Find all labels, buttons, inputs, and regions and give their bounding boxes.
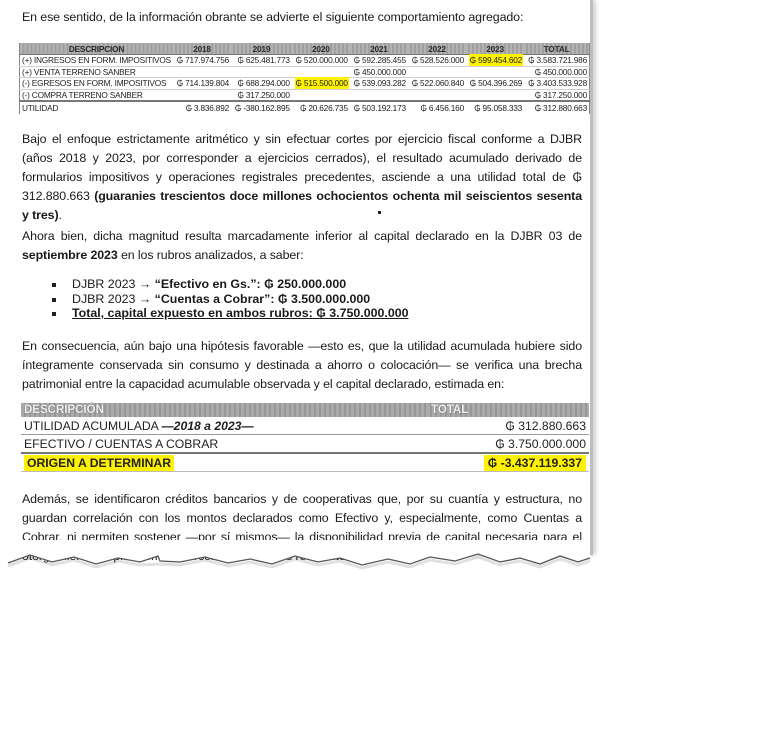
- cell: [466, 89, 524, 101]
- cell-highlighted: ₲ 515.500.000: [292, 78, 350, 90]
- row-label: EFECTIVO / CUENTAS A COBRAR: [21, 435, 427, 454]
- cell-value: ₲ -3.437.119.337: [427, 453, 589, 472]
- bullet-prefix: DJBR 2023 →: [72, 292, 155, 306]
- list-item: Total, capital expuesto en ambos rubros:…: [52, 306, 409, 321]
- bullet-prefix: DJBR 2023 →: [72, 277, 155, 291]
- row-label: ORIGEN A DETERMINAR: [21, 453, 427, 472]
- cell: ₲ 625.481.773: [231, 55, 292, 67]
- list-item: DJBR 2023 → “Efectivo en Gs.”: ₲ 250.000…: [52, 277, 409, 292]
- cell-total: ₲ 312.880.663: [524, 101, 589, 114]
- table-row: (-) COMPRA TERRENO SANBER ₲ 317.250.000 …: [20, 89, 590, 101]
- header-cell: DESCRIPCIÓN: [21, 403, 427, 417]
- torn-paper-edge: [0, 540, 600, 580]
- cell: ₲ 450.000.000: [350, 66, 408, 78]
- cell: [350, 89, 408, 101]
- table-row: EFECTIVO / CUENTAS A COBRAR ₲ 3.750.000.…: [21, 435, 589, 454]
- header-cell: 2020: [292, 43, 350, 55]
- capital-bullet-list: DJBR 2023 → “Efectivo en Gs.”: ₲ 250.000…: [52, 277, 409, 321]
- cell-value: ₲ 3.750.000.000: [427, 435, 589, 454]
- paragraph-utilidad: Bajo el enfoque estrictamente aritmético…: [22, 130, 582, 225]
- cell: ₲ 539.093.282: [350, 78, 408, 90]
- cell-total: ₲ 317.250.000: [524, 89, 589, 101]
- row-label: (+) INGRESOS EN FORM. IMPOSITIVOS: [20, 55, 173, 67]
- table-total-row: UTILIDAD ₲ 3.836.892 ₲ -380.162.895 ₲ 20…: [20, 101, 590, 114]
- paragraph-bold-text: septiembre 2023: [22, 248, 118, 262]
- highlighted-value: ₲ 599.454.602: [470, 55, 522, 65]
- highlighted-label: ORIGEN A DETERMINAR: [24, 455, 174, 471]
- cell: ₲ 688.294.000: [231, 78, 292, 90]
- header-cell: 2019: [231, 43, 292, 55]
- table-row: UTILIDAD ACUMULADA —2018 a 2023— ₲ 312.8…: [21, 417, 589, 435]
- row-label: (-) EGRESOS EN FORM. IMPOSITIVOS: [20, 78, 173, 90]
- paragraph-brecha: En consecuencia, aún bajo una hipótesis …: [22, 337, 582, 394]
- header-cell: TOTAL: [427, 403, 589, 417]
- cell-total: ₲ 3.403.533.928: [524, 78, 589, 90]
- highlighted-value: ₲ 515.500.000: [296, 78, 348, 88]
- cell: [292, 89, 350, 101]
- row-label: UTILIDAD: [20, 101, 173, 114]
- header-cell: 2022: [408, 43, 466, 55]
- cell-total: ₲ 3.583.721.986: [524, 55, 589, 67]
- cell: ₲ -380.162.895: [231, 101, 292, 114]
- cell-highlighted: ₲ 599.454.602: [466, 55, 524, 67]
- income-summary-table: DESCRIPCION 2018 2019 2020 2021 2022 202…: [19, 43, 590, 114]
- header-cell: 2023: [466, 43, 524, 55]
- paragraph-bold-text: (guaranies trescientos doce millones och…: [22, 189, 582, 222]
- table-row: (+) VENTA TERRENO SANBER ₲ 450.000.000 ₲…: [20, 66, 590, 78]
- cell: ₲ 317.250.000: [231, 89, 292, 101]
- cell: ₲ 520.000.000: [292, 55, 350, 67]
- table-header-row: DESCRIPCIÓN TOTAL: [21, 403, 589, 417]
- paragraph-capital: Ahora bien, dicha magnitud resulta marca…: [22, 227, 582, 265]
- cell: [408, 89, 466, 101]
- scan-speck: [378, 211, 381, 214]
- paragraph-text: en los rubros analizados, a saber:: [118, 248, 304, 262]
- cell: ₲ 95.058.333: [466, 101, 524, 114]
- cell: [173, 89, 231, 101]
- cell: ₲ 714.139.804: [173, 78, 231, 90]
- table-row: (+) INGRESOS EN FORM. IMPOSITIVOS ₲ 717.…: [20, 55, 590, 67]
- row-label: (-) COMPRA TERRENO SANBER: [20, 89, 173, 101]
- header-cell: TOTAL: [524, 43, 589, 55]
- cell: ₲ 6.456.160: [408, 101, 466, 114]
- bullet-value: “Efectivo en Gs.”: ₲ 250.000.000: [155, 277, 346, 291]
- cell: ₲ 503.192.173: [350, 101, 408, 114]
- cell: ₲ 522.060.840: [408, 78, 466, 90]
- row-label: UTILIDAD ACUMULADA —2018 a 2023—: [21, 417, 427, 435]
- cell-value: ₲ 312.880.663: [427, 417, 589, 435]
- cell-total: ₲ 450.000.000: [524, 66, 589, 78]
- cell: [173, 66, 231, 78]
- cell: [408, 66, 466, 78]
- header-cell: 2021: [350, 43, 408, 55]
- bullet-value: “Cuentas a Cobrar”: ₲ 3.500.000.000: [155, 292, 371, 306]
- label-emphasis: —2018 a 2023—: [161, 419, 253, 433]
- cell: ₲ 528.526.000: [408, 55, 466, 67]
- cell: [292, 66, 350, 78]
- cell: [231, 66, 292, 78]
- header-cell: 2018: [173, 43, 231, 55]
- cell: ₲ 717.974.756: [173, 55, 231, 67]
- table-row: (-) EGRESOS EN FORM. IMPOSITIVOS ₲ 714.1…: [20, 78, 590, 90]
- list-item: DJBR 2023 → “Cuentas a Cobrar”: ₲ 3.500.…: [52, 292, 409, 307]
- document-page: En ese sentido, de la información obrant…: [8, 0, 593, 555]
- paragraph-text: .: [59, 208, 62, 222]
- cell: ₲ 20.626.735: [292, 101, 350, 114]
- gap-summary-table: DESCRIPCIÓN TOTAL UTILIDAD ACUMULADA —20…: [21, 403, 589, 472]
- cell: ₲ 592.285.455: [350, 55, 408, 67]
- paragraph-text: Ahora bien, dicha magnitud resulta marca…: [22, 229, 582, 243]
- table-header-row: DESCRIPCION 2018 2019 2020 2021 2022 202…: [20, 43, 590, 55]
- table-row-result: ORIGEN A DETERMINAR ₲ -3.437.119.337: [21, 453, 589, 472]
- cell: ₲ 3.836.892: [173, 101, 231, 114]
- intro-paragraph: En ese sentido, de la información obrant…: [22, 8, 582, 27]
- bullet-value: Total, capital expuesto en ambos rubros:…: [72, 306, 409, 320]
- row-label: (+) VENTA TERRENO SANBER: [20, 66, 173, 78]
- cell: ₲ 504.396.269: [466, 78, 524, 90]
- highlighted-value: ₲ -3.437.119.337: [484, 455, 586, 471]
- label-text: UTILIDAD ACUMULADA: [24, 419, 161, 433]
- header-cell: DESCRIPCION: [20, 43, 173, 55]
- cell: [466, 66, 524, 78]
